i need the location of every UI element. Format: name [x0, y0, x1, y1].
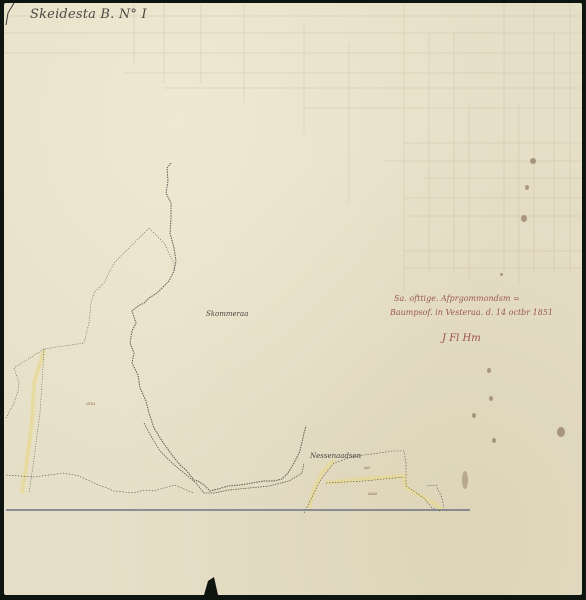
stain: [489, 396, 493, 401]
stain: [487, 368, 491, 373]
stain: [525, 185, 529, 190]
parcel-label-main: Skommeraa: [206, 310, 248, 318]
parcel-label-east: Nessenaadsen: [310, 452, 361, 460]
parcel-label-west: ana: [86, 401, 95, 407]
map-sheet: Skeidesta B. N° I Skommeraa Nessenaadsen…: [4, 3, 582, 595]
stain: [530, 158, 536, 164]
annotation-line-2: Baumpsof. in Vesteraa. d. 14 octbr 1851: [390, 308, 553, 317]
stain: [472, 413, 476, 418]
parcel-mark-2: aaa: [368, 491, 377, 497]
stain: [521, 215, 527, 222]
signature: J Fl Hm: [442, 333, 481, 344]
stain: [500, 273, 503, 276]
stain: [462, 471, 468, 489]
annotation-line-1: Sa. ofttige. Afprgommondsm =: [394, 294, 520, 303]
parcel-mark-1: aa: [364, 465, 370, 471]
map-title: Skeidesta B. N° I: [30, 7, 147, 22]
stain: [492, 438, 496, 443]
river-line: [130, 163, 306, 491]
parcel-boundary: [6, 228, 174, 418]
stain: [557, 427, 565, 437]
